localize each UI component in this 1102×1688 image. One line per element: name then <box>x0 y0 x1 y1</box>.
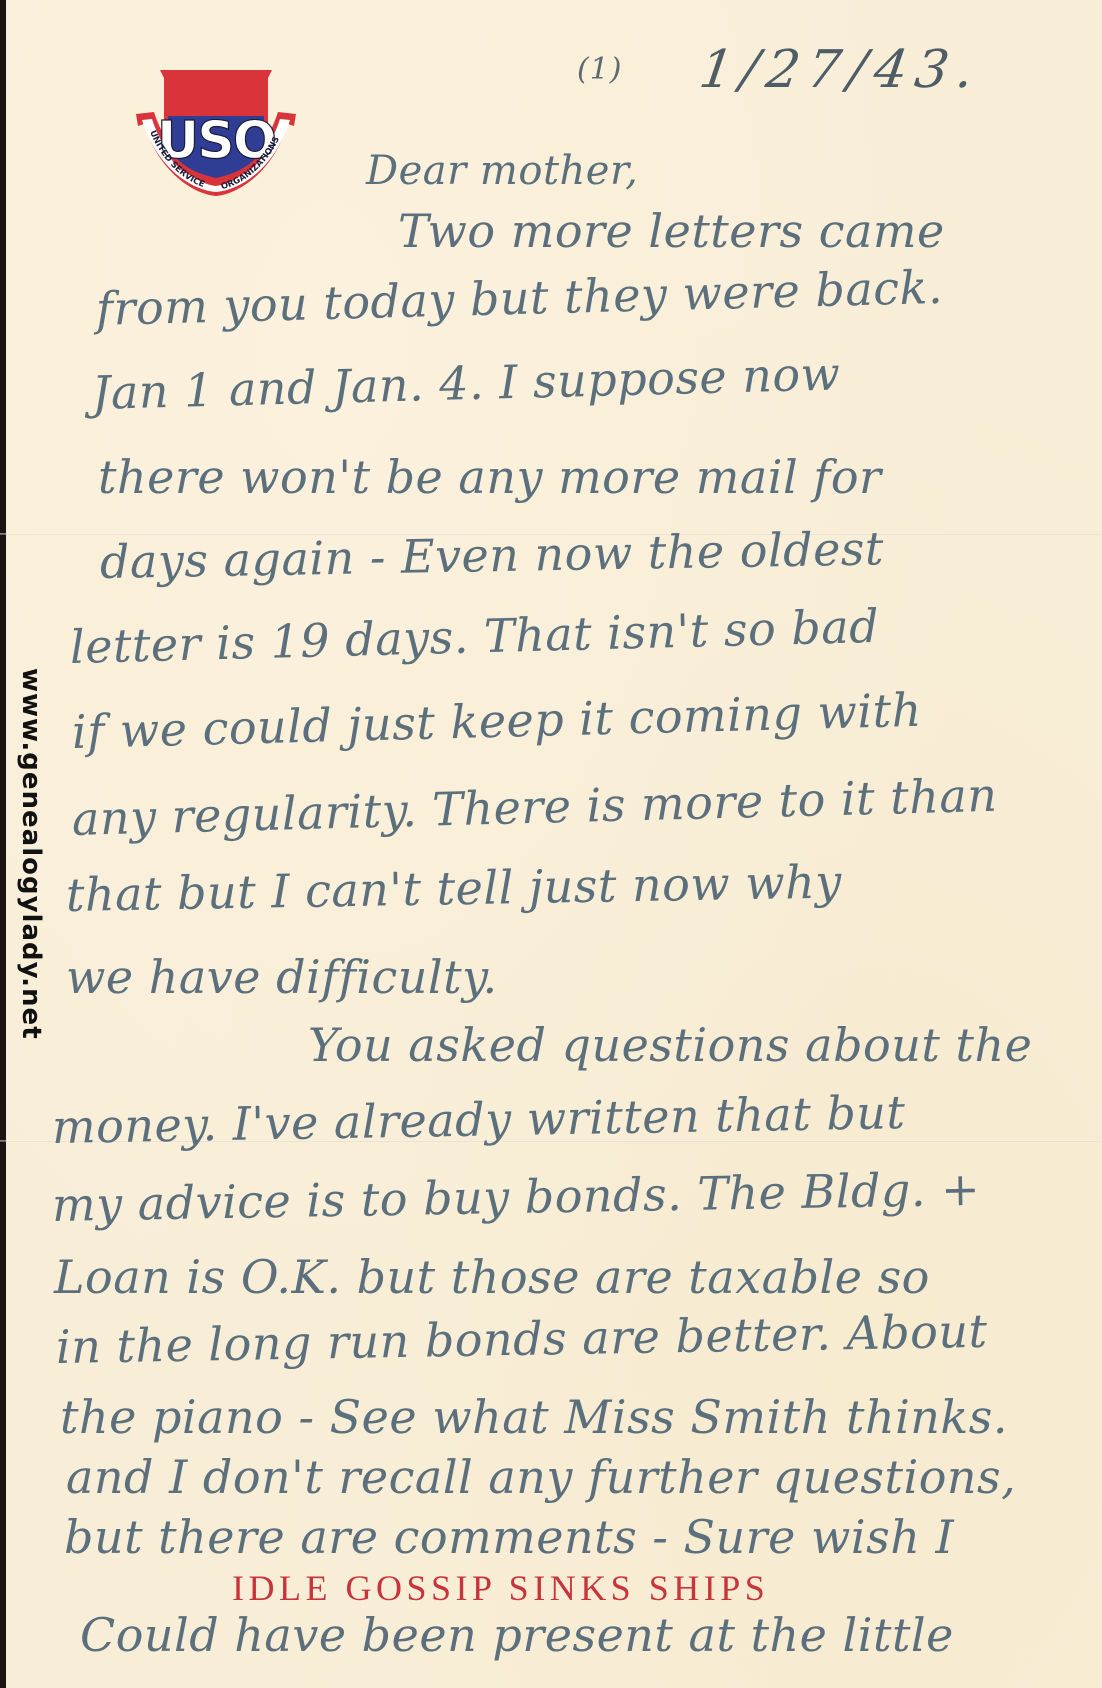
watermark-text: www.genealogylady.net <box>16 668 46 1040</box>
footer-slogan: IDLE GOSSIP SINKS SHIPS <box>232 1567 769 1609</box>
letter-line: and I don't recall any further questions… <box>66 1450 1016 1504</box>
page-number: (1) <box>577 52 623 87</box>
letter-line: any regularity. There is more to it than <box>71 768 998 846</box>
letter-line: there won't be any more mail for <box>98 450 882 504</box>
letter-line: money. I've already written that but <box>52 1085 906 1154</box>
watermark: www.genealogylady.net <box>12 668 52 1028</box>
letter-line: the piano - See what Miss Smith thinks. <box>60 1390 1008 1444</box>
letter-line: days again - Even now the oldest <box>100 521 885 589</box>
letter-line: You asked questions about the <box>308 1018 1032 1072</box>
uso-shield-icon: USO UNITED SERVICE ORGANIZATIONS <box>128 66 304 202</box>
letter-line: letter is 19 days. That isn't so bad <box>69 599 879 674</box>
letter-line: Loan is O.K. but those are taxable so <box>54 1250 930 1304</box>
letter-date: 1/27/43. <box>696 40 985 100</box>
letter-line: in the long run bonds are better. About <box>56 1304 988 1374</box>
letter-line: from you today but they were back. <box>95 260 943 336</box>
letter-line: that but I can't tell just now why <box>66 854 843 922</box>
letter-line: Two more letters came <box>398 204 945 258</box>
letter-line: my advice is to buy bonds. The Bldg. + <box>52 1162 981 1232</box>
uso-logo: USO UNITED SERVICE ORGANIZATIONS <box>128 66 304 202</box>
salutation: Dear mother, <box>366 148 638 194</box>
letter-line: we have difficulty. <box>66 950 498 1004</box>
letter-line: Jan 1 and Jan. 4. I suppose now <box>91 346 841 420</box>
letter-line: if we could just keep it coming with <box>71 683 922 759</box>
letter-page: USO UNITED SERVICE ORGANIZATIONS (1) 1/2… <box>0 0 1102 1688</box>
scan-border <box>0 0 6 1688</box>
letter-line: Could have been present at the little <box>80 1608 954 1662</box>
letter-line: but there are comments - Sure wish I <box>64 1510 954 1564</box>
